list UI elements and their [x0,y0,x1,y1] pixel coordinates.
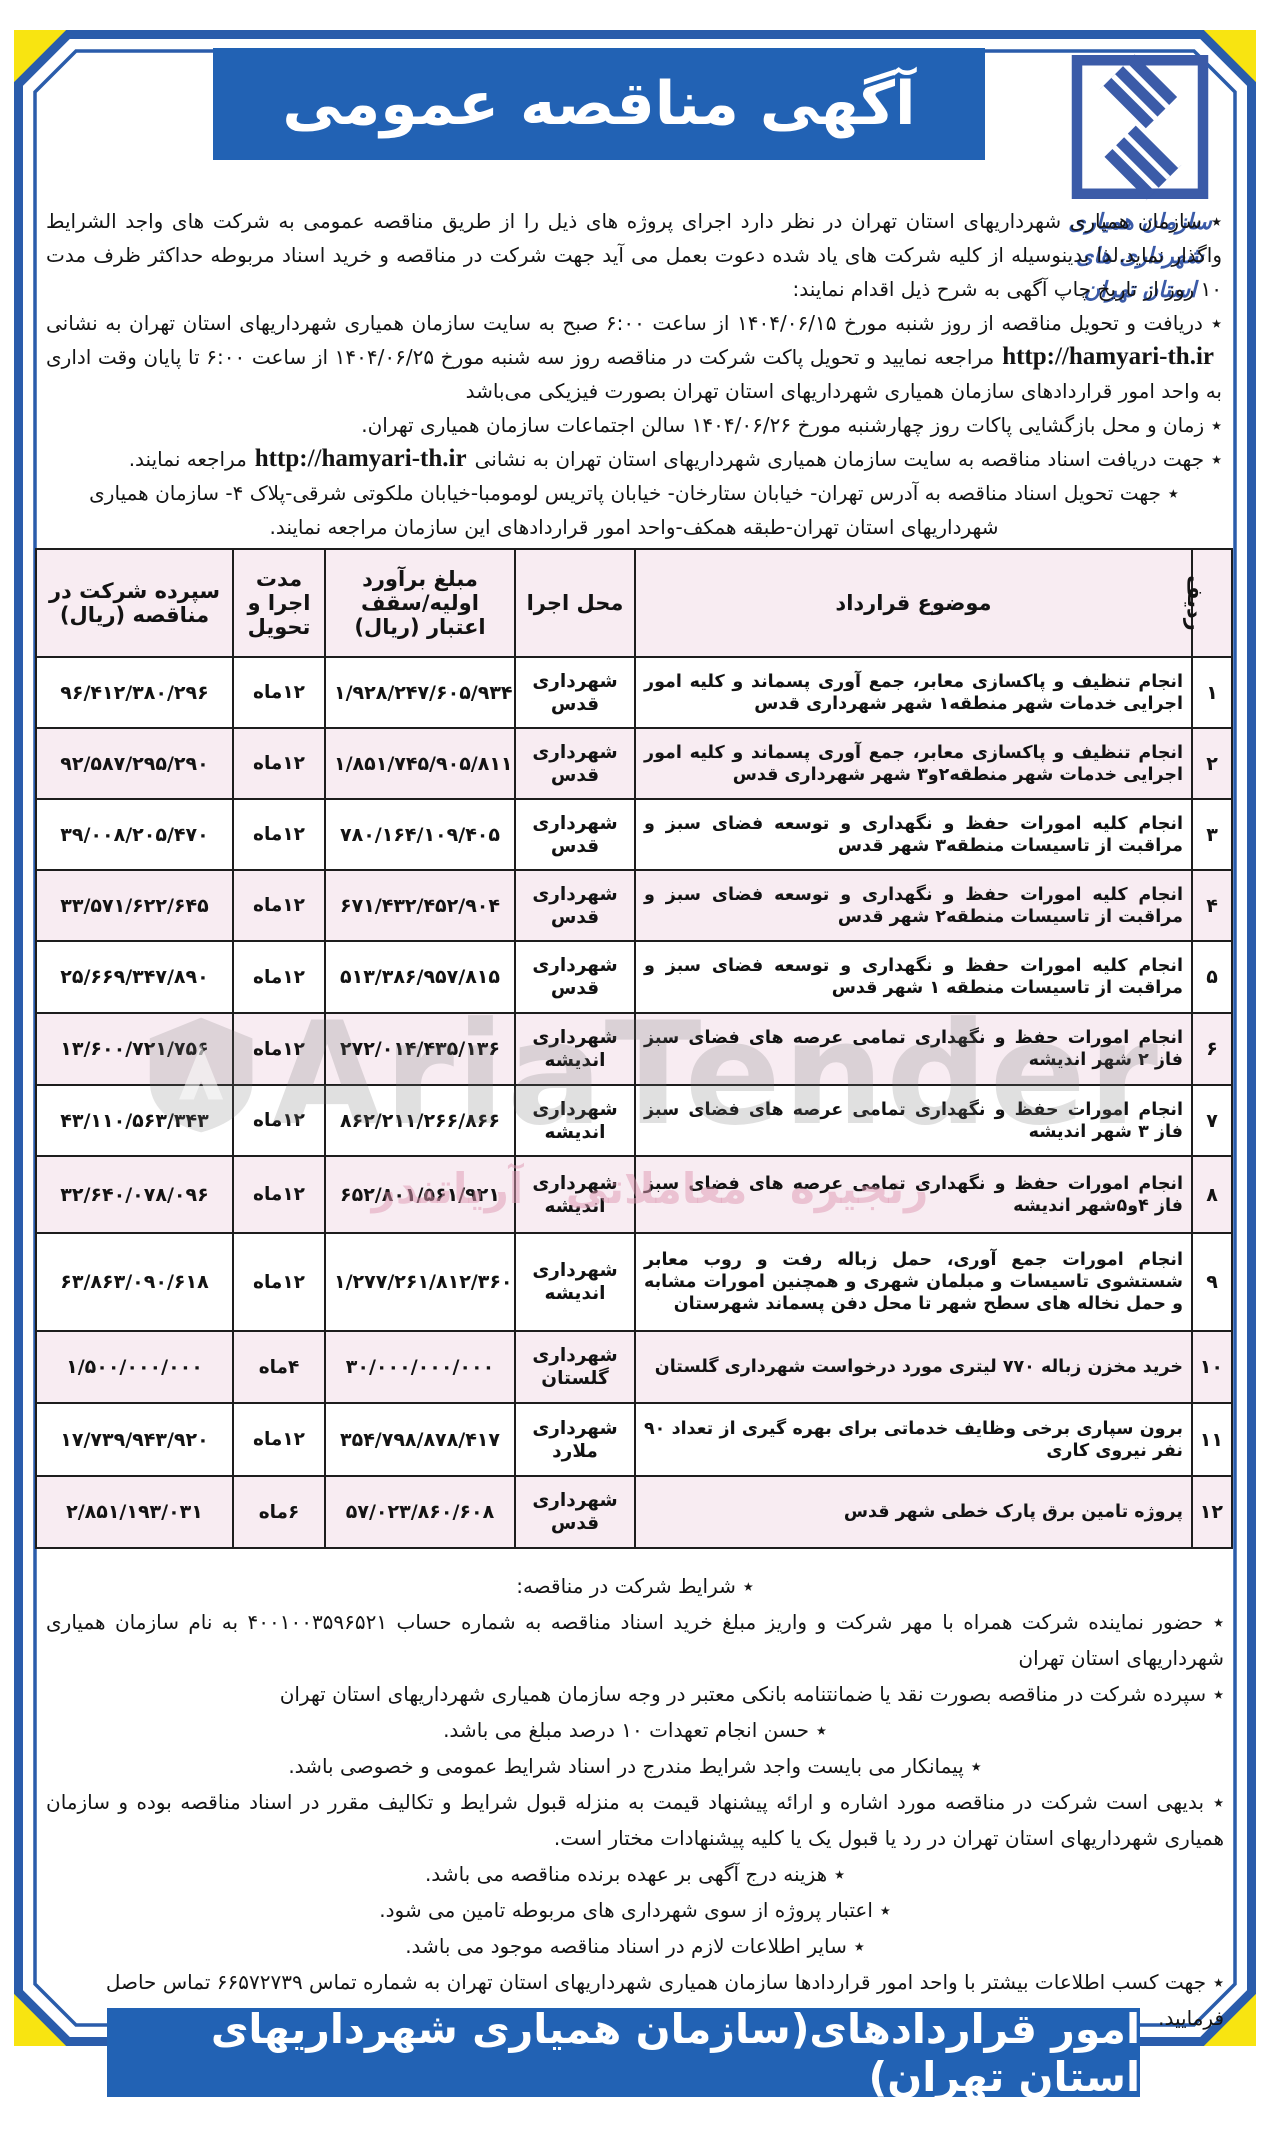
cell-amount: ۵۱۳/۳۸۶/۹۵۷/۸۱۵ [340,966,500,988]
cell-location: شهرداری قدس [532,884,617,928]
footer-band-label: امور قراردادهای(سازمان همیاری شهرداریهای… [107,2005,1140,2101]
cell-subject: انجام کلیه امورات حفظ و نگهداری و توسعه … [644,814,1183,856]
table-row: ۳ انجام کلیه امورات حفظ و نگهداری و توسع… [36,799,1232,870]
cell-row-number: ۱۱ [1200,1429,1223,1451]
cell-subject: انجام امورات حفظ و نگهداری تمامی عرصه ها… [644,1100,1183,1142]
page-title: آگهی مناقصه عمومی [282,69,915,139]
cell-row-number: ۳ [1206,824,1218,846]
col-subject: موضوع قرارداد [635,549,1192,657]
condition-item: سپرده شرکت در مناقصه بصورت نقد یا ضمانتن… [46,1676,1224,1712]
cell-deposit: ۶۳/۸۶۳/۰۹۰/۶۱۸ [60,1271,208,1293]
cell-deposit: ۲۵/۶۶۹/۳۴۷/۸۹۰ [60,966,208,988]
cell-duration: ۱۲ماه [253,1429,305,1450]
cell-subject: انجام تنظیف و پاکسازی معابر، جمع آوری پس… [644,672,1183,714]
cell-subject: برون سپاری برخی وظایف خدماتی برای بهره گ… [644,1419,1183,1461]
intro-paragraph-2: دریافت و تحویل مناقصه از روز شنبه مورخ ۱… [46,306,1222,408]
cell-location: شهرداری گلستان [532,1345,617,1389]
cell-amount: ۱/۹۲۸/۲۴۷/۶۰۵/۹۳۴ [334,682,513,704]
cell-row-number: ۹ [1206,1271,1218,1293]
cell-row-number: ۲ [1206,753,1218,775]
cell-duration: ۱۲ماه [253,1039,305,1060]
cell-subject: انجام تنظیف و پاکسازی معابر، جمع آوری پس… [644,743,1183,785]
cell-duration: ۱۲ماه [253,895,305,916]
cell-duration: ۱۲ماه [253,824,305,845]
cell-amount: ۵۷/۰۲۳/۸۶۰/۶۰۸ [346,1501,494,1523]
condition-item: حضور نماینده شرکت همراه با مهر شرکت و وا… [46,1604,1224,1676]
tender-url-link[interactable]: http://hamyari-th.ir [1002,340,1214,374]
table-row: ۶ انجام امورات حفظ و نگهداری تمامی عرصه … [36,1013,1232,1085]
cell-subject: انجام امورات حفظ و نگهداری تمامی عرصه ها… [644,1028,1183,1070]
intro-p2-text-a: دریافت و تحویل مناقصه از روز شنبه مورخ ۱… [46,311,1203,335]
cell-row-number: ۱۲ [1200,1501,1223,1523]
table-row: ۱۰ خرید مخزن زباله ۷۷۰ لیتری مورد درخواس… [36,1331,1232,1403]
cell-row-number: ۷ [1206,1110,1218,1132]
cell-deposit: ۹۲/۵۸۷/۲۹۵/۲۹۰ [60,753,208,775]
tender-url-link[interactable]: http://hamyari-th.ir [255,442,467,476]
cell-duration: ۴ماه [259,1357,300,1378]
table-row: ۱۱ برون سپاری برخی وظایف خدماتی برای بهر… [36,1403,1232,1476]
tenders-table: ردیف موضوع قرارداد محل اجرا مبلغ برآورد … [35,548,1233,1549]
cell-amount: ۱/۲۷۷/۲۶۱/۸۱۲/۳۶۰ [334,1271,513,1293]
cell-amount: ۸۶۲/۲۱۱/۲۶۶/۸۶۶ [340,1110,500,1132]
cell-subject: انجام امورات جمع آوری، حمل زباله رفت و ر… [644,1250,1183,1314]
cell-duration: ۱۲ماه [253,1184,305,1205]
title-band: آگهی مناقصه عمومی [213,48,985,160]
tender-notice-page: آگهی مناقصه عمومی سازمان همیاری شهرداری … [0,0,1270,2133]
cell-amount: ۲۷۲/۰۱۴/۴۳۵/۱۳۶ [340,1038,500,1060]
cell-row-number: ۸ [1206,1184,1218,1206]
cell-amount: ۶۷۱/۴۳۲/۴۵۲/۹۰۴ [340,895,500,917]
cell-deposit: ۳۲/۶۴۰/۰۷۸/۰۹۶ [60,1184,208,1206]
cell-deposit: ۱۷/۷۳۹/۹۴۳/۹۲۰ [60,1429,208,1451]
cell-duration: ۱۲ماه [253,753,305,774]
table-row: ۷ انجام امورات حفظ و نگهداری تمامی عرصه … [36,1085,1232,1156]
cell-row-number: ۵ [1206,966,1218,988]
cell-subject: انجام کلیه امورات حفظ و نگهداری و توسعه … [644,956,1183,998]
cell-location: شهرداری قدس [532,1490,617,1534]
cell-location: شهرداری قدس [532,813,617,857]
conditions-heading: شرایط شرکت در مناقصه: [46,1568,1224,1604]
condition-item: حسن انجام تعهدات ۱۰ درصد مبلغ می باشد. [46,1712,1224,1748]
table-row: ۱۲ پروژه تامین برق پارک خطی شهر قدس شهرد… [36,1476,1232,1548]
cell-location: شهرداری اندیشه [532,1099,617,1143]
cell-deposit: ۲/۸۵۱/۱۹۳/۰۳۱ [66,1501,203,1523]
cell-subject: خرید مخزن زباله ۷۷۰ لیتری مورد درخواست ش… [655,1357,1183,1377]
cell-subject: انجام کلیه امورات حفظ و نگهداری و توسعه … [644,885,1183,927]
cell-amount: ۷۸۰/۱۶۴/۱۰۹/۴۰۵ [340,824,500,846]
intro-p4-text-a: جهت دریافت اسناد مناقصه به سایت سازمان ه… [475,447,1205,471]
condition-item: اعتبار پروژه از سوی شهرداری های مربوطه ت… [46,1892,1224,1928]
tenders-table-body: ۱ انجام تنظیف و پاکسازی معابر، جمع آوری … [36,657,1232,1548]
intro-p4-text-b: مراجعه نمایند. [129,447,247,471]
intro-paragraph-3: زمان و محل بازگشایی پاکات روز چهارشنبه م… [46,408,1222,442]
conditions-section: شرایط شرکت در مناقصه: حضور نماینده شرکت … [46,1568,1224,2036]
cell-amount: ۶۵۲/۸۰۱/۵۶۱/۹۲۱ [340,1184,500,1206]
cell-location: شهرداری ملارد [532,1418,617,1462]
cell-row-number: ۱۰ [1200,1356,1223,1378]
cell-location: شهرداری قدس [532,671,617,715]
condition-item: بدیهی است شرکت در مناقصه مورد اشاره و ار… [46,1784,1224,1856]
cell-row-number: ۶ [1206,1038,1218,1060]
cell-location: شهرداری اندیشه [532,1260,617,1304]
table-row: ۴ انجام کلیه امورات حفظ و نگهداری و توسع… [36,870,1232,941]
table-row: ۱ انجام تنظیف و پاکسازی معابر، جمع آوری … [36,657,1232,728]
cell-deposit: ۹۶/۴۱۲/۳۸۰/۲۹۶ [60,682,208,704]
cell-deposit: ۳۳/۵۷۱/۶۲۲/۶۴۵ [60,895,208,917]
table-row: ۲ انجام تنظیف و پاکسازی معابر، جمع آوری … [36,728,1232,799]
footer-band: امور قراردادهای(سازمان همیاری شهرداریهای… [107,2008,1140,2097]
intro-paragraph-1: سازمان همیاری شهرداریهای استان تهران در … [46,204,1222,306]
condition-item: سایر اطلاعات لازم در اسناد مناقصه موجود … [46,1928,1224,1964]
cell-duration: ۱۲ماه [253,1272,305,1293]
col-row-number: ردیف [1192,549,1232,657]
cell-deposit: ۴۳/۱۱۰/۵۶۳/۳۴۳ [60,1110,208,1132]
col-location: محل اجرا [515,549,635,657]
col-amount: مبلغ برآورد اولیه/سقف اعتبار (ریال) [325,549,515,657]
handshake-logo-icon [1065,54,1215,206]
cell-location: شهرداری قدس [532,742,617,786]
table-row: ۸ انجام امورات حفظ و نگهداری تمامی عرصه … [36,1156,1232,1233]
cell-location: شهرداری اندیشه [532,1027,617,1071]
cell-amount: ۱/۸۵۱/۷۴۵/۹۰۵/۸۱۱ [334,753,513,775]
cell-row-number: ۴ [1206,895,1218,917]
cell-duration: ۱۲ماه [253,967,305,988]
cell-location: شهرداری اندیشه [532,1173,617,1217]
intro-paragraph-5: جهت تحویل اسناد مناقصه به آدرس تهران- خی… [46,476,1222,544]
cell-location: شهرداری قدس [532,955,617,999]
condition-item: هزینه درج آگهی بر عهده برنده مناقصه می ب… [46,1856,1224,1892]
cell-deposit: ۱۳/۶۰۰/۷۲۱/۷۵۶ [60,1038,208,1060]
table-header-row: ردیف موضوع قرارداد محل اجرا مبلغ برآورد … [36,549,1232,657]
cell-amount: ۳۰/۰۰۰/۰۰۰/۰۰۰ [346,1356,494,1378]
cell-amount: ۳۵۴/۷۹۸/۸۷۸/۴۱۷ [340,1429,500,1451]
col-duration: مدت اجرا و تحویل [233,549,325,657]
cell-subject: پروژه تامین برق پارک خطی شهر قدس [844,1502,1183,1522]
cell-duration: ۱۲ماه [253,1110,305,1131]
cell-duration: ۶ماه [259,1502,300,1523]
cell-duration: ۱۲ماه [253,682,305,703]
col-deposit: سپرده شرکت در مناقصه (ریال) [36,549,233,657]
table-row: ۵ انجام کلیه امورات حفظ و نگهداری و توسع… [36,941,1232,1013]
condition-item: پیمانکار می بایست واجد شرایط مندرج در اس… [46,1748,1224,1784]
cell-subject: انجام امورات حفظ و نگهداری تمامی عرصه ها… [644,1174,1183,1216]
cell-row-number: ۱ [1206,682,1218,704]
intro-paragraph-4: جهت دریافت اسناد مناقصه به سایت سازمان ه… [46,442,1222,476]
intro-section: سازمان همیاری شهرداریهای استان تهران در … [46,204,1222,544]
cell-deposit: ۱/۵۰۰/۰۰۰/۰۰۰ [66,1356,203,1378]
cell-deposit: ۳۹/۰۰۸/۲۰۵/۴۷۰ [60,824,208,846]
table-row: ۹ انجام امورات جمع آوری، حمل زباله رفت و… [36,1233,1232,1331]
